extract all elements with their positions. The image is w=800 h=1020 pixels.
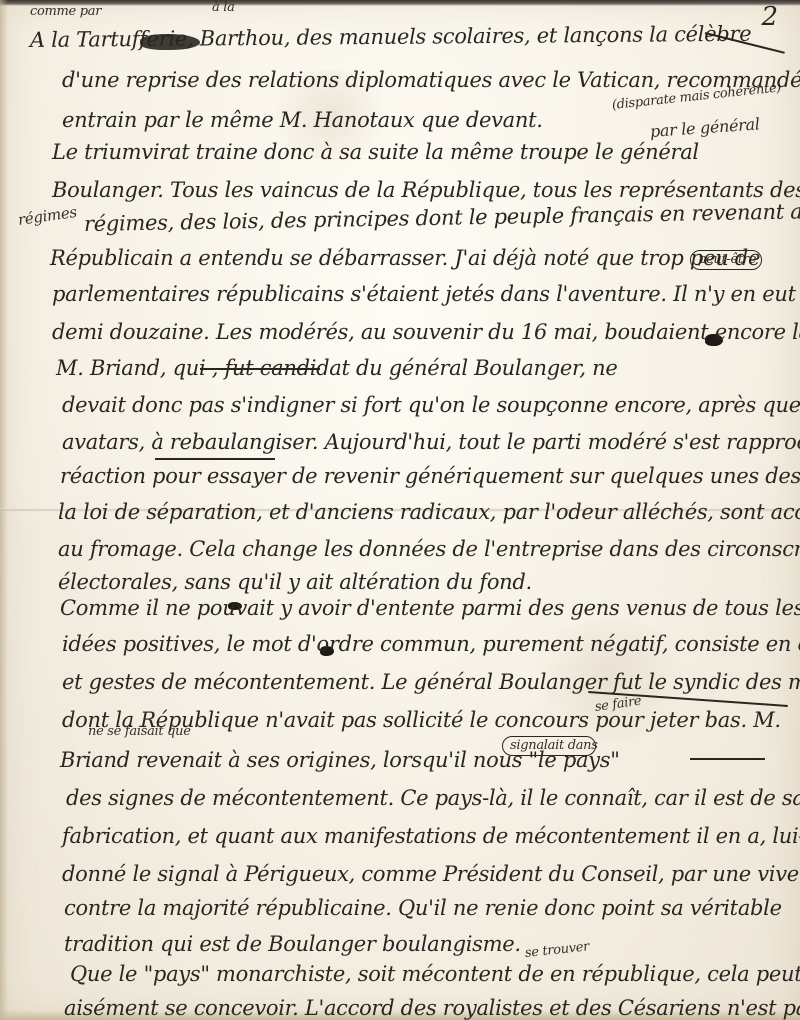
strikethrough-mark [690,758,765,760]
manuscript-line: contre la majorité républicaine. Qu'il n… [64,896,782,920]
manuscript-line: électorales, sans qu'il y ait altération… [58,570,532,594]
manuscript-line: A la Tartufferie, Barthou, des manuels s… [30,22,751,52]
manuscript-line: parlementaires républicains s'étaient je… [52,282,800,306]
margin-note-regimes: régimes [17,203,78,229]
manuscript-line: Que le "pays" monarchiste, soit méconten… [70,962,800,986]
manuscript-line: Comme il ne pouvait y avoir d'entente pa… [60,596,800,620]
scan-top-edge [0,0,800,6]
strikethrough-mark [200,368,320,370]
manuscript-line: idées positives, le mot d'ordre commun, … [62,632,800,656]
manuscript-line: donné le signal à Périgueux, comme Prési… [62,862,800,886]
manuscript-line: d'une reprise des relations diplomatique… [62,68,800,92]
manuscript-line: régimes, des lois, des principes dont le… [84,199,800,236]
manuscript-line: réaction pour essayer de revenir génériq… [60,464,800,488]
manuscript-line: fabrication, et quant aux manifestations… [62,824,800,848]
manuscript-line: entrain par le même M. Hanotaux que deva… [62,108,543,132]
underline-rebaulangiser [155,458,275,460]
manuscript-line: dont la République n'avait pas sollicité… [62,708,781,732]
manuscript-line: M. Briand, qui , fut candidat du général… [56,356,618,380]
manuscript-line: demi douzaine. Les modérés, au souvenir … [52,320,800,344]
insert-note-se-trouver: se trouver [524,939,590,961]
manuscript-line: aisément se concevoir. L'accord des roya… [64,996,800,1020]
manuscript-line: Le triumvirat traine donc à sa suite la … [52,140,699,164]
manuscript-line: Républicain a entendu se débarrasser. J'… [50,246,760,270]
page-number: 2 [761,2,778,32]
insert-note-par-le-general: par le général [649,114,760,141]
margin-note-comme-par: comme par [30,4,101,19]
insert-note-a-la: à la [212,0,235,15]
manuscript-line: tradition qui est de Boulanger boulangis… [64,932,521,956]
manuscript-line: devait donc pas s'indigner si fort qu'on… [62,393,800,417]
manuscript-line: Boulanger. Tous les vaincus de la Républ… [52,178,800,202]
manuscript-line: Briand revenait à ses origines, lorsqu'i… [60,748,620,772]
manuscript-line: au fromage. Cela change les données de l… [58,537,800,561]
manuscript-line: avatars, à rebaulangiser. Aujourd'hui, t… [62,430,800,454]
manuscript-line: et gestes de mécontentement. Le général … [62,670,800,694]
manuscript-line: la loi de séparation, et d'anciens radic… [58,500,800,524]
manuscript-line: des signes de mécontentement. Ce pays-là… [66,786,800,810]
manuscript-page: 2 comme par à la (disparate mais cohéren… [0,0,800,1020]
